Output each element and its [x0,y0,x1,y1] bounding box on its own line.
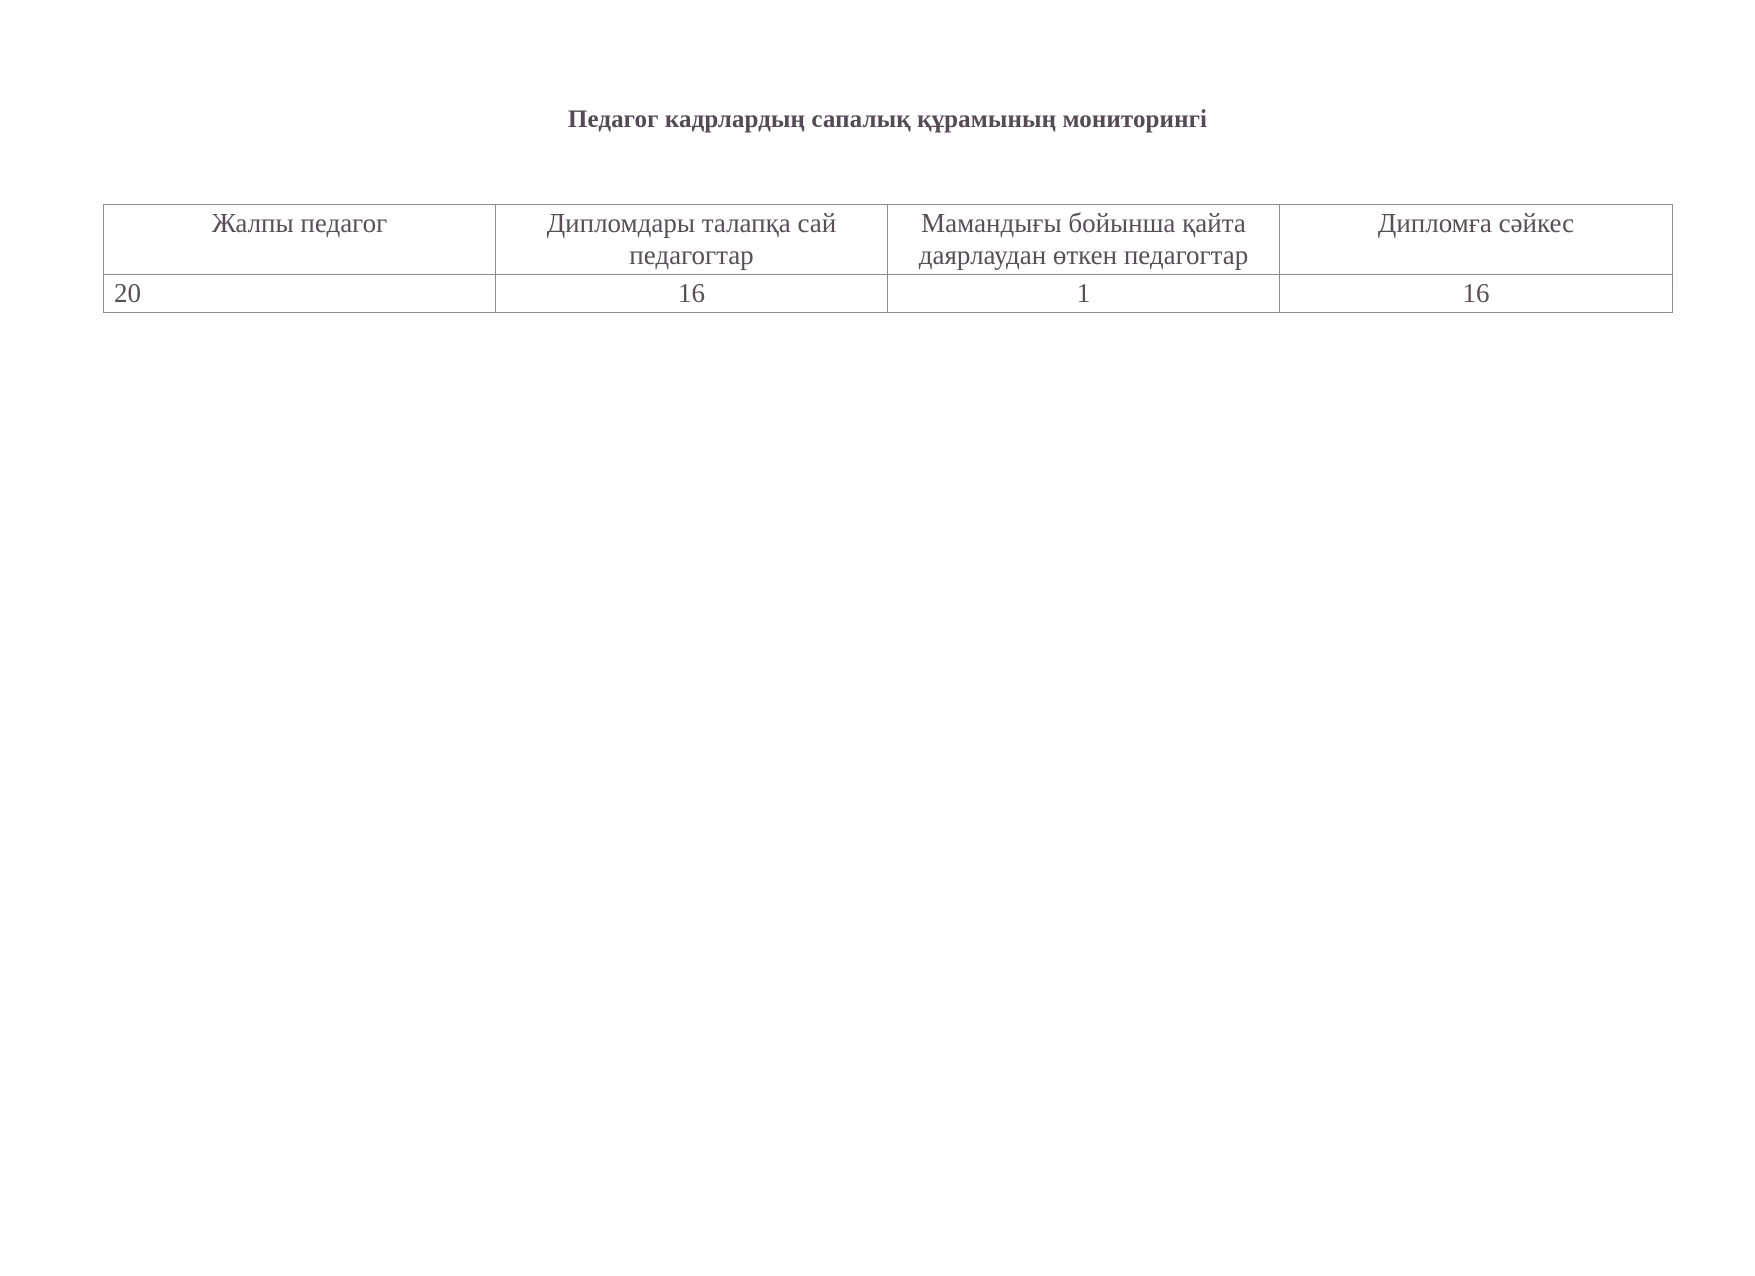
header-total-teachers: Жалпы педагог [104,205,496,275]
header-diploma-matching: Дипломға сәйкес [1280,205,1673,275]
page-title: Педагог кадрлардың сапалық құрамының мон… [0,104,1755,136]
cell-retrained-teachers: 1 [888,275,1280,313]
cell-total-teachers: 20 [104,275,496,313]
cell-diploma-matching: 16 [1280,275,1673,313]
cell-diploma-compliant-teachers: 16 [496,275,888,313]
table-row: 20 16 1 16 [104,275,1673,313]
header-diploma-compliant-teachers: Дипломдары талапқа сай педагогтар [496,205,888,275]
header-retrained-teachers: Мамандығы бойынша қайта даярлаудан өткен… [888,205,1280,275]
table-header-row: Жалпы педагог Дипломдары талапқа сай пед… [104,205,1673,275]
monitoring-table: Жалпы педагог Дипломдары талапқа сай пед… [103,204,1673,313]
